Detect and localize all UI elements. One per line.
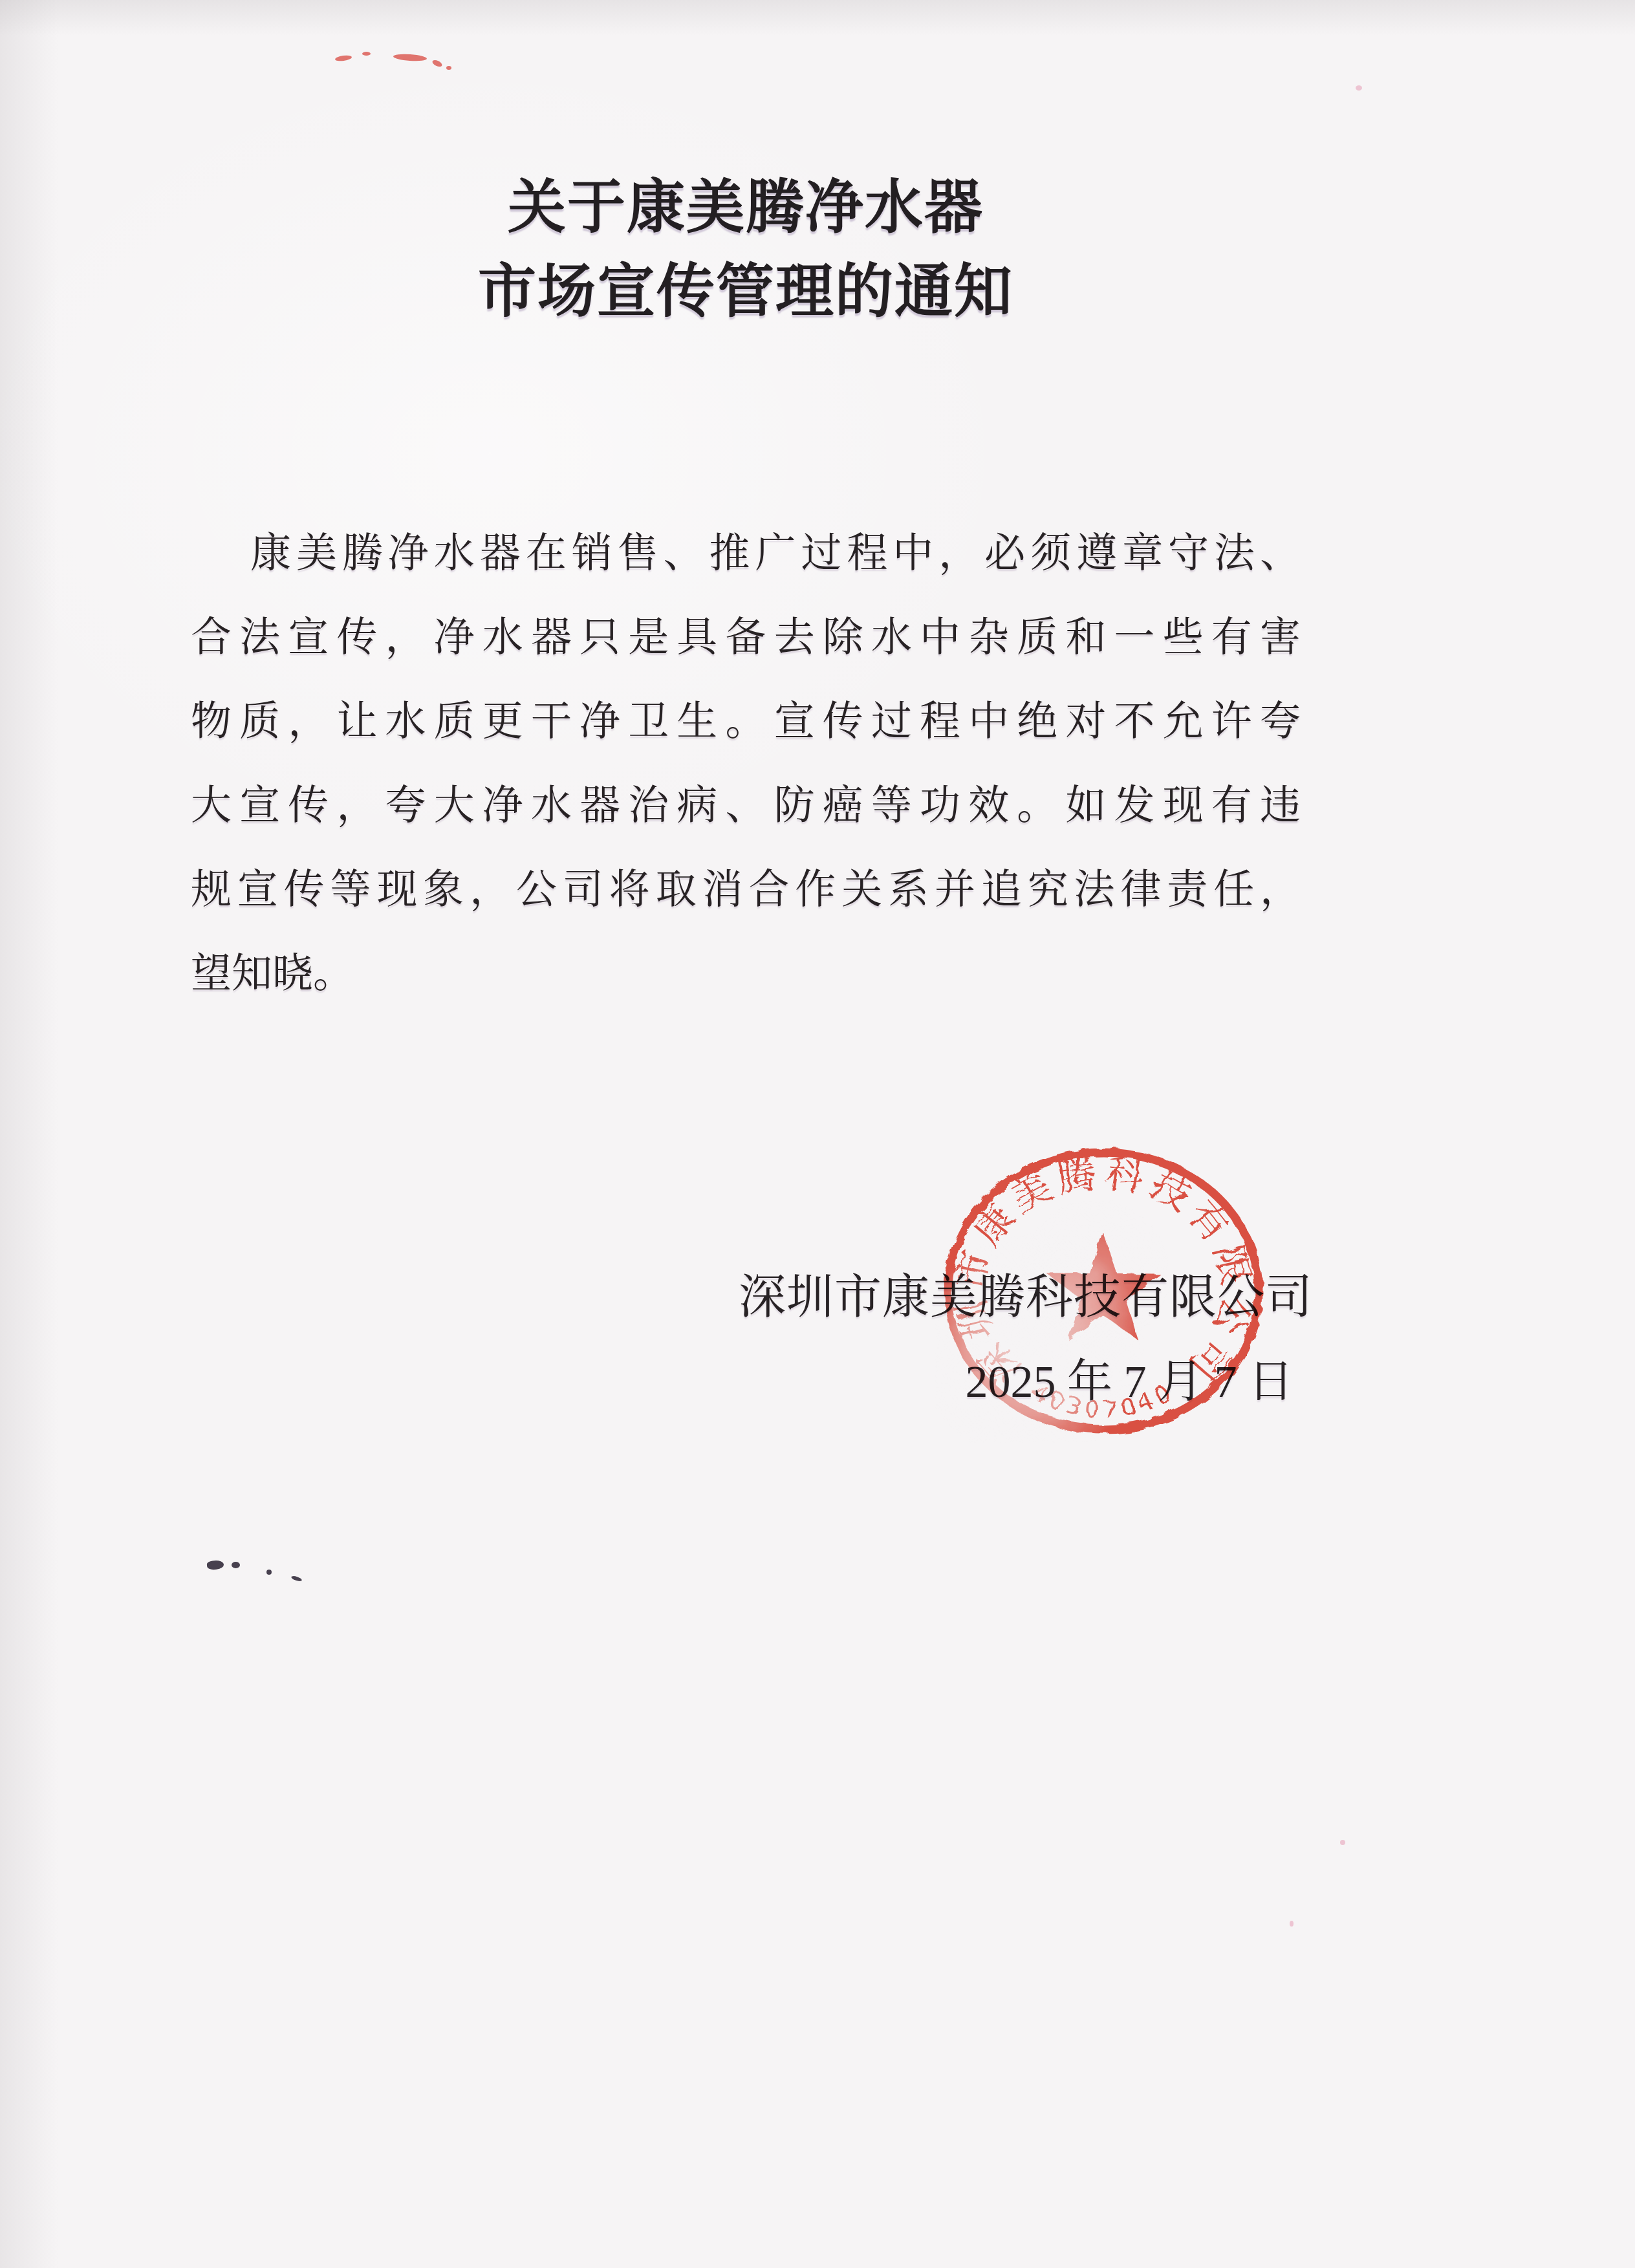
body-line: 望知晓。 bbox=[191, 931, 1301, 1015]
scan-dot bbox=[1356, 85, 1362, 91]
notice-title-line-1: 关于康美腾净水器 bbox=[191, 166, 1301, 250]
ink-speck bbox=[206, 1560, 224, 1571]
red-ink-smudge bbox=[431, 59, 443, 68]
red-ink-smudge bbox=[362, 52, 371, 56]
document-page: 关于康美腾净水器 市场宣传管理的通知 康美腾净水器在销售、推广过程中，必须遵章守… bbox=[0, 0, 1635, 2268]
body-line: 合法宣传，净水器只是具备去除水中杂质和一些有害 bbox=[191, 595, 1301, 679]
body-line: 物质，让水质更干净卫生。宣传过程中绝对不允许夸 bbox=[191, 679, 1301, 763]
ink-speck bbox=[266, 1570, 272, 1575]
body-line: 规宣传等现象，公司将取消合作关系并追究法律责任， bbox=[191, 847, 1301, 931]
seal-fade-overlay-center bbox=[935, 1139, 1272, 1443]
red-ink-smudge bbox=[393, 53, 428, 62]
body-line: 大宣传，夸大净水器治病、防癌等功效。如发现有违 bbox=[191, 763, 1301, 847]
ink-speck bbox=[290, 1575, 302, 1582]
notice-title: 关于康美腾净水器 市场宣传管理的通知 bbox=[191, 166, 1301, 334]
red-ink-smudge bbox=[446, 66, 451, 70]
scan-dot bbox=[1290, 1921, 1294, 1927]
ink-speck bbox=[232, 1562, 240, 1568]
scan-dot bbox=[1340, 1840, 1345, 1845]
company-seal: 深圳市康美腾科技有限公司 4403070401 bbox=[935, 1139, 1272, 1443]
notice-title-line-2: 市场宣传管理的通知 bbox=[191, 250, 1301, 334]
body-line: 康美腾净水器在销售、推广过程中，必须遵章守法、 bbox=[191, 511, 1301, 595]
notice-body: 康美腾净水器在销售、推广过程中，必须遵章守法、 合法宣传，净水器只是具备去除水中… bbox=[191, 511, 1301, 1015]
red-ink-smudge bbox=[335, 54, 352, 62]
